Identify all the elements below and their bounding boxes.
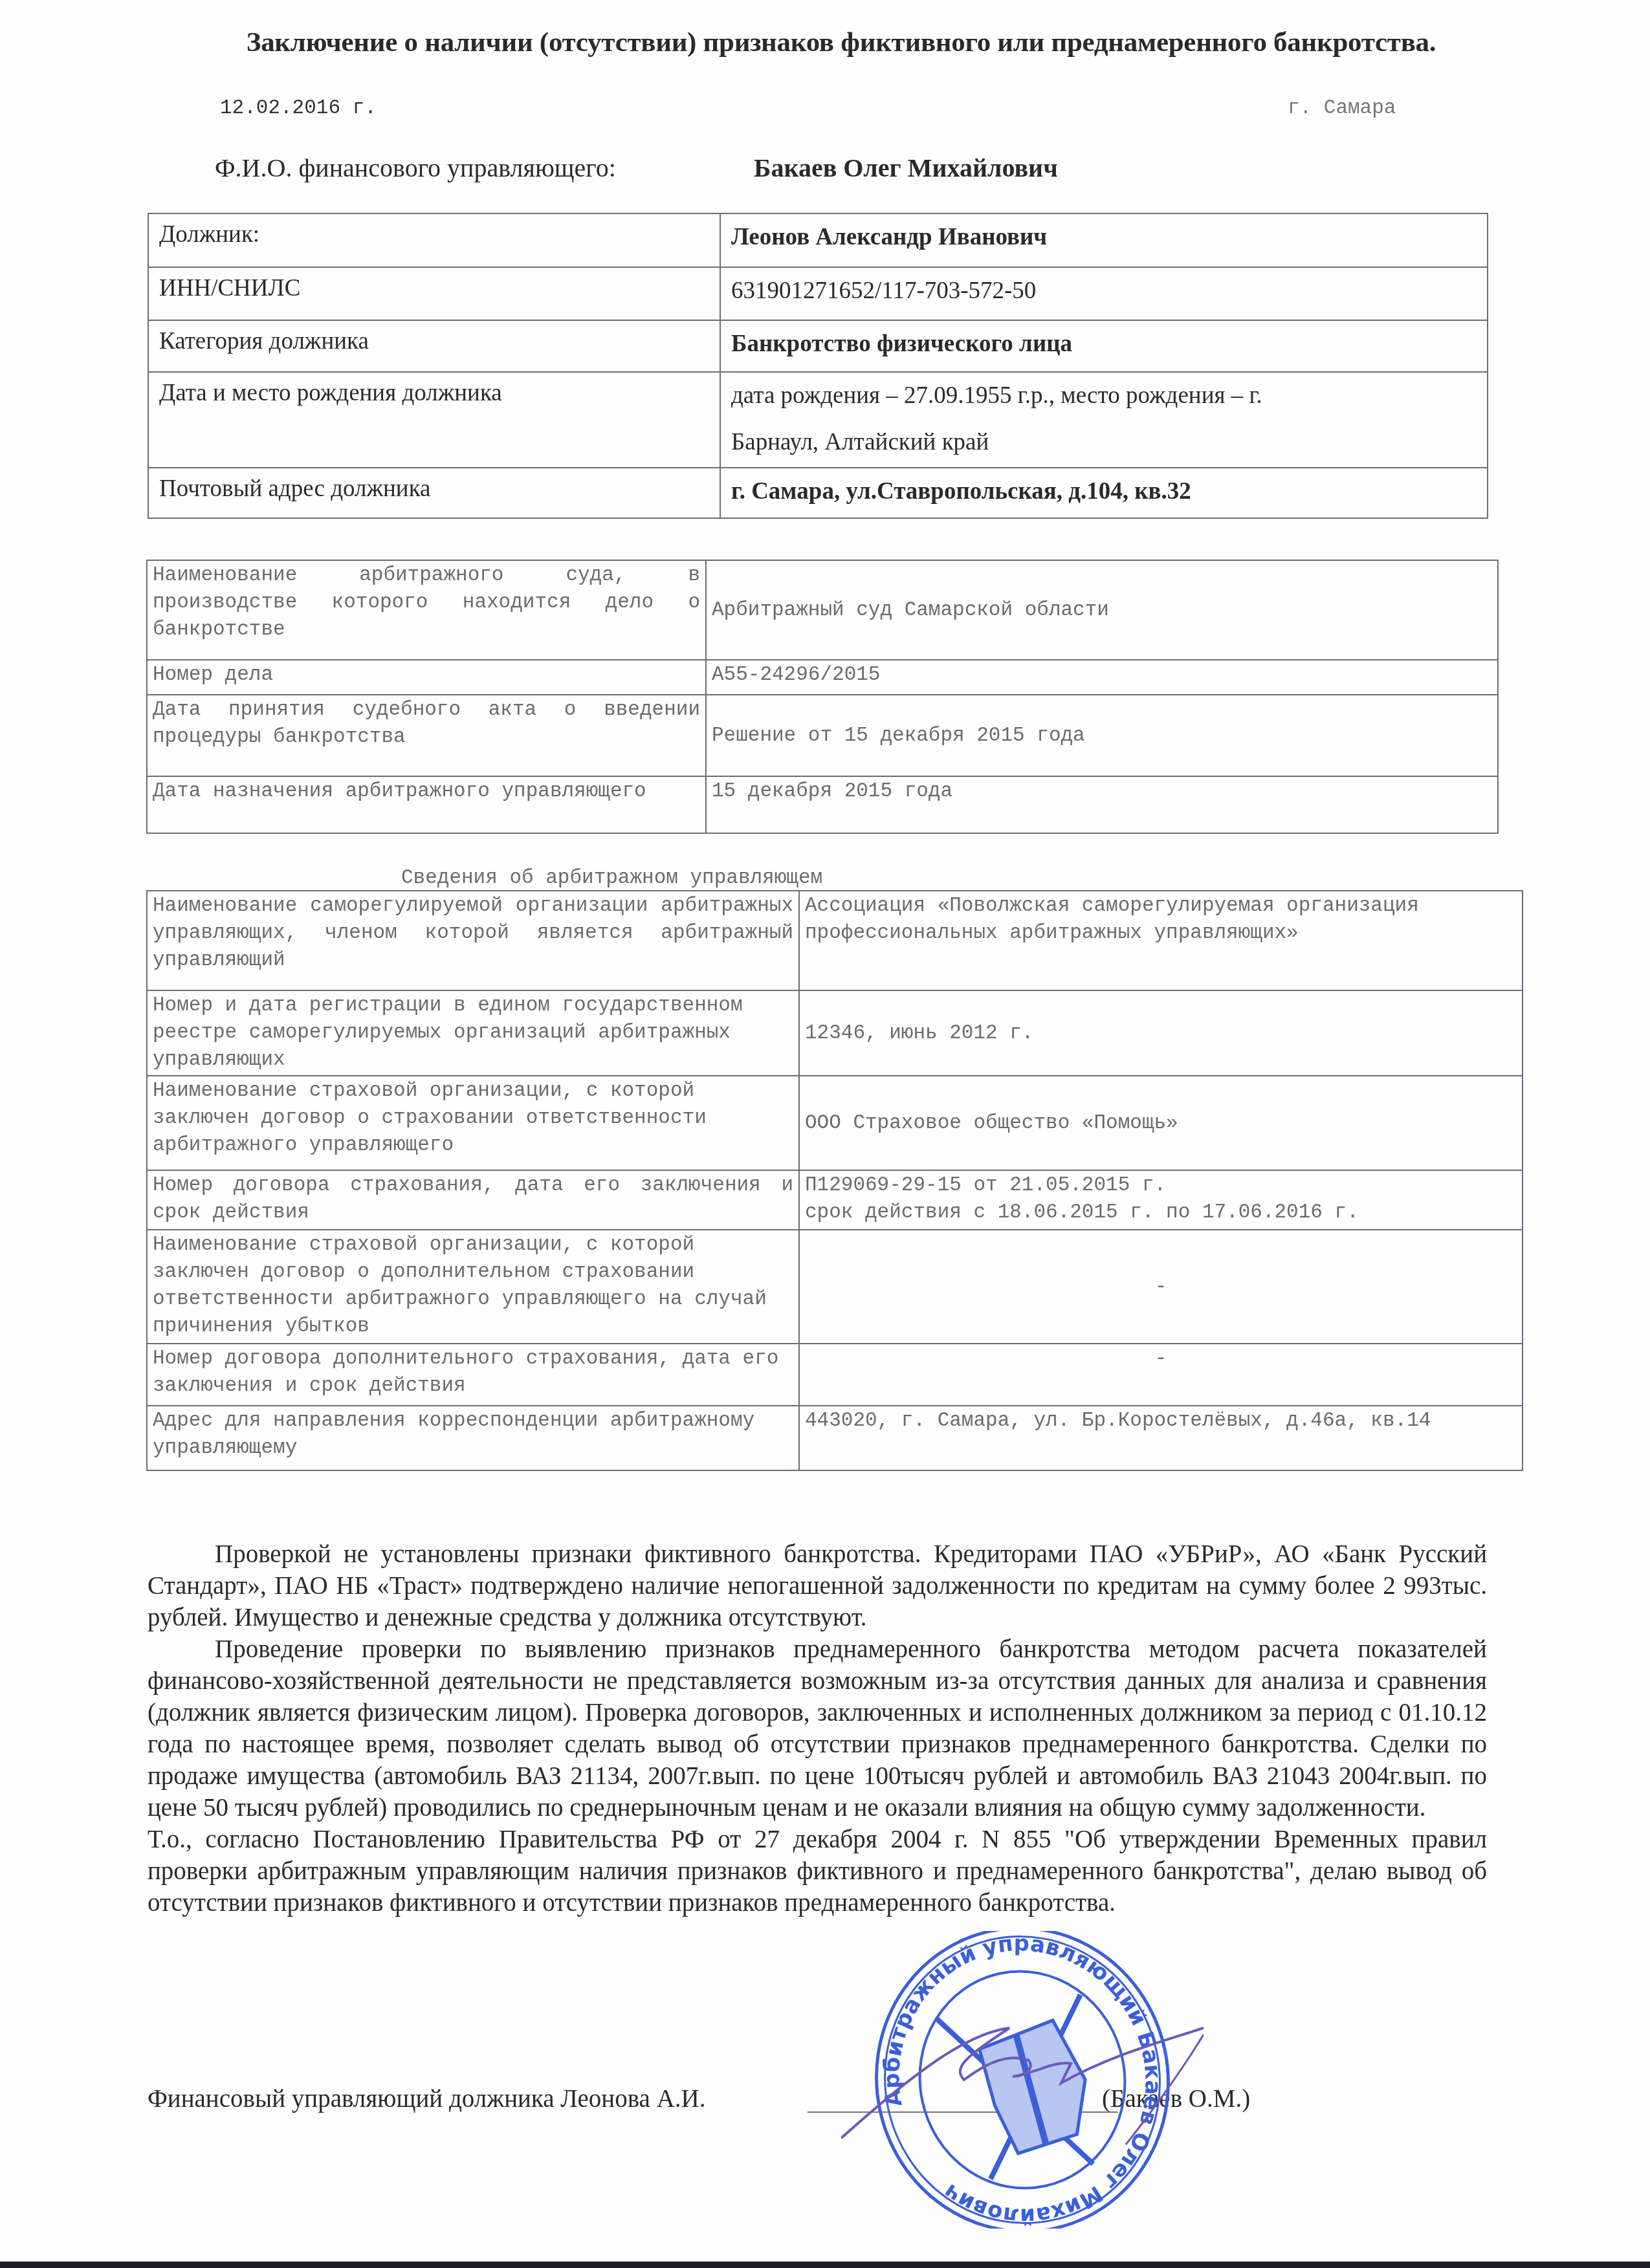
case-number-value: А55-24296/2015: [706, 660, 1498, 695]
paragraph-conclusion: Т.о., согласно Постановлению Правительст…: [148, 1824, 1487, 1919]
signature-label: Финансовый управляющий должника Леонова …: [148, 2084, 705, 2113]
document-city: г. Самара: [1288, 97, 1396, 120]
manager-name: Бакаев Олег Михайлович: [754, 153, 1058, 183]
category-label: Категория должника: [148, 320, 720, 372]
table-row: Дата принятия судебного акта о введении …: [147, 695, 1498, 776]
manager-table: Наименование саморегулируемой организаци…: [146, 890, 1523, 1471]
document-date: 12.02.2016 г.: [220, 97, 377, 120]
additional-contract-label: Номер договора дополнительного страхован…: [147, 1344, 799, 1406]
court-name-value: Арбитражный суд Самарской области: [706, 560, 1498, 660]
paragraph-deliberate: Проведение проверки по выявлению признак…: [148, 1633, 1487, 1824]
address-label: Почтовый адрес должника: [148, 468, 720, 518]
table-row: Номер договора дополнительного страхован…: [147, 1344, 1523, 1406]
table-row: Дата и место рождения должника дата рожд…: [148, 372, 1488, 468]
birth-label: Дата и место рождения должника: [148, 372, 720, 468]
insurance-contract-label: Номер договора страхования, дата его зак…: [147, 1170, 799, 1230]
table-row: Номер дела А55-24296/2015: [147, 660, 1498, 695]
debtor-value: Леонов Александр Иванович: [720, 213, 1488, 267]
table-row: Категория должника Банкротство физическо…: [148, 320, 1488, 372]
manager-label: Ф.И.О. финансового управляющего:: [215, 153, 616, 183]
appointment-date-label: Дата назначения арбитражного управляющег…: [147, 776, 706, 833]
table-row: Почтовый адрес должника г. Самара, ул.Ст…: [148, 468, 1488, 518]
address-value: г. Самара, ул.Ставропольская, д.104, кв.…: [720, 468, 1488, 518]
insurance-contract-line: срок действия с 18.06.2015 г. по 17.06.2…: [805, 1199, 1517, 1227]
insurance-contract-line: П129069-29-15 от 21.05.2015 г.: [805, 1172, 1517, 1199]
additional-insurer-value: -: [799, 1230, 1523, 1344]
act-date-value: Решение от 15 декабря 2015 года: [706, 695, 1498, 776]
paragraph-fictitious: Проверкой не установлены признаки фиктив…: [148, 1538, 1487, 1633]
document-title: Заключение о наличии (отсутствии) призна…: [194, 25, 1488, 60]
insurer-value: ООО Страховое общество «Помощь»: [799, 1076, 1523, 1170]
inn-label: ИНН/СНИЛС: [148, 267, 720, 320]
debtor-table: Должник: Леонов Александр Иванович ИНН/С…: [148, 213, 1488, 519]
table-row: Дата назначения арбитражного управляющег…: [147, 776, 1498, 833]
birth-value-line: дата рождения – 27.09.1955 г.р., место р…: [731, 373, 1477, 419]
sro-label: Наименование саморегулируемой организаци…: [147, 891, 799, 990]
court-name-label: Наименование арбитражного суда, в произв…: [147, 560, 706, 660]
document-page: Заключение о наличии (отсутствии) призна…: [0, 0, 1650, 2268]
court-table: Наименование арбитражного суда, в произв…: [146, 560, 1499, 834]
table-row: Наименование страховой организации, с ко…: [147, 1230, 1523, 1344]
birth-value: дата рождения – 27.09.1955 г.р., место р…: [720, 372, 1488, 468]
act-date-label: Дата принятия судебного акта о введении …: [147, 695, 706, 776]
scan-edge: [0, 2262, 1650, 2268]
case-number-label: Номер дела: [147, 660, 706, 695]
conclusion-text: Проверкой не установлены признаки фиктив…: [148, 1538, 1487, 1919]
table-row: Должник: Леонов Александр Иванович: [148, 213, 1488, 267]
sro-value: Ассоциация «Поволжская саморегулируемая …: [799, 891, 1523, 990]
additional-insurer-label: Наименование страховой организации, с ко…: [147, 1230, 799, 1344]
registry-label: Номер и дата регистрации в едином госуда…: [147, 990, 799, 1076]
table-row: Адрес для направления корреспонденции ар…: [147, 1406, 1523, 1470]
insurer-label: Наименование страховой организации, с ко…: [147, 1076, 799, 1170]
manager-section-caption: Сведения об арбитражном управляющем: [401, 867, 822, 889]
insurance-contract-value: П129069-29-15 от 21.05.2015 г. срок дейс…: [799, 1170, 1523, 1230]
table-row: Наименование страховой организации, с ко…: [147, 1076, 1523, 1170]
appointment-date-value: 15 декабря 2015 года: [706, 776, 1498, 833]
inn-value: 631901271652/117-703-572-50: [720, 267, 1488, 320]
table-row: ИНН/СНИЛС 631901271652/117-703-572-50: [148, 267, 1488, 320]
official-stamp-icon: Арбитражный управляющий Бакаев Олег Миха…: [841, 1931, 1204, 2229]
table-row: Номер договора страхования, дата его зак…: [147, 1170, 1523, 1230]
birth-value-line: Барнаул, Алтайский край: [731, 419, 1477, 466]
additional-contract-value: -: [799, 1344, 1523, 1406]
registry-value: 12346, июнь 2012 г.: [799, 990, 1523, 1076]
correspondence-address-label: Адрес для направления корреспонденции ар…: [147, 1406, 799, 1470]
table-row: Номер и дата регистрации в едином госуда…: [147, 990, 1523, 1076]
category-value: Банкротство физического лица: [720, 320, 1488, 372]
correspondence-address-value: 443020, г. Самара, ул. Бр.Коростелёвых, …: [799, 1406, 1523, 1470]
table-row: Наименование арбитражного суда, в произв…: [147, 560, 1498, 660]
debtor-label: Должник:: [148, 213, 720, 267]
table-row: Наименование саморегулируемой организаци…: [147, 891, 1523, 990]
